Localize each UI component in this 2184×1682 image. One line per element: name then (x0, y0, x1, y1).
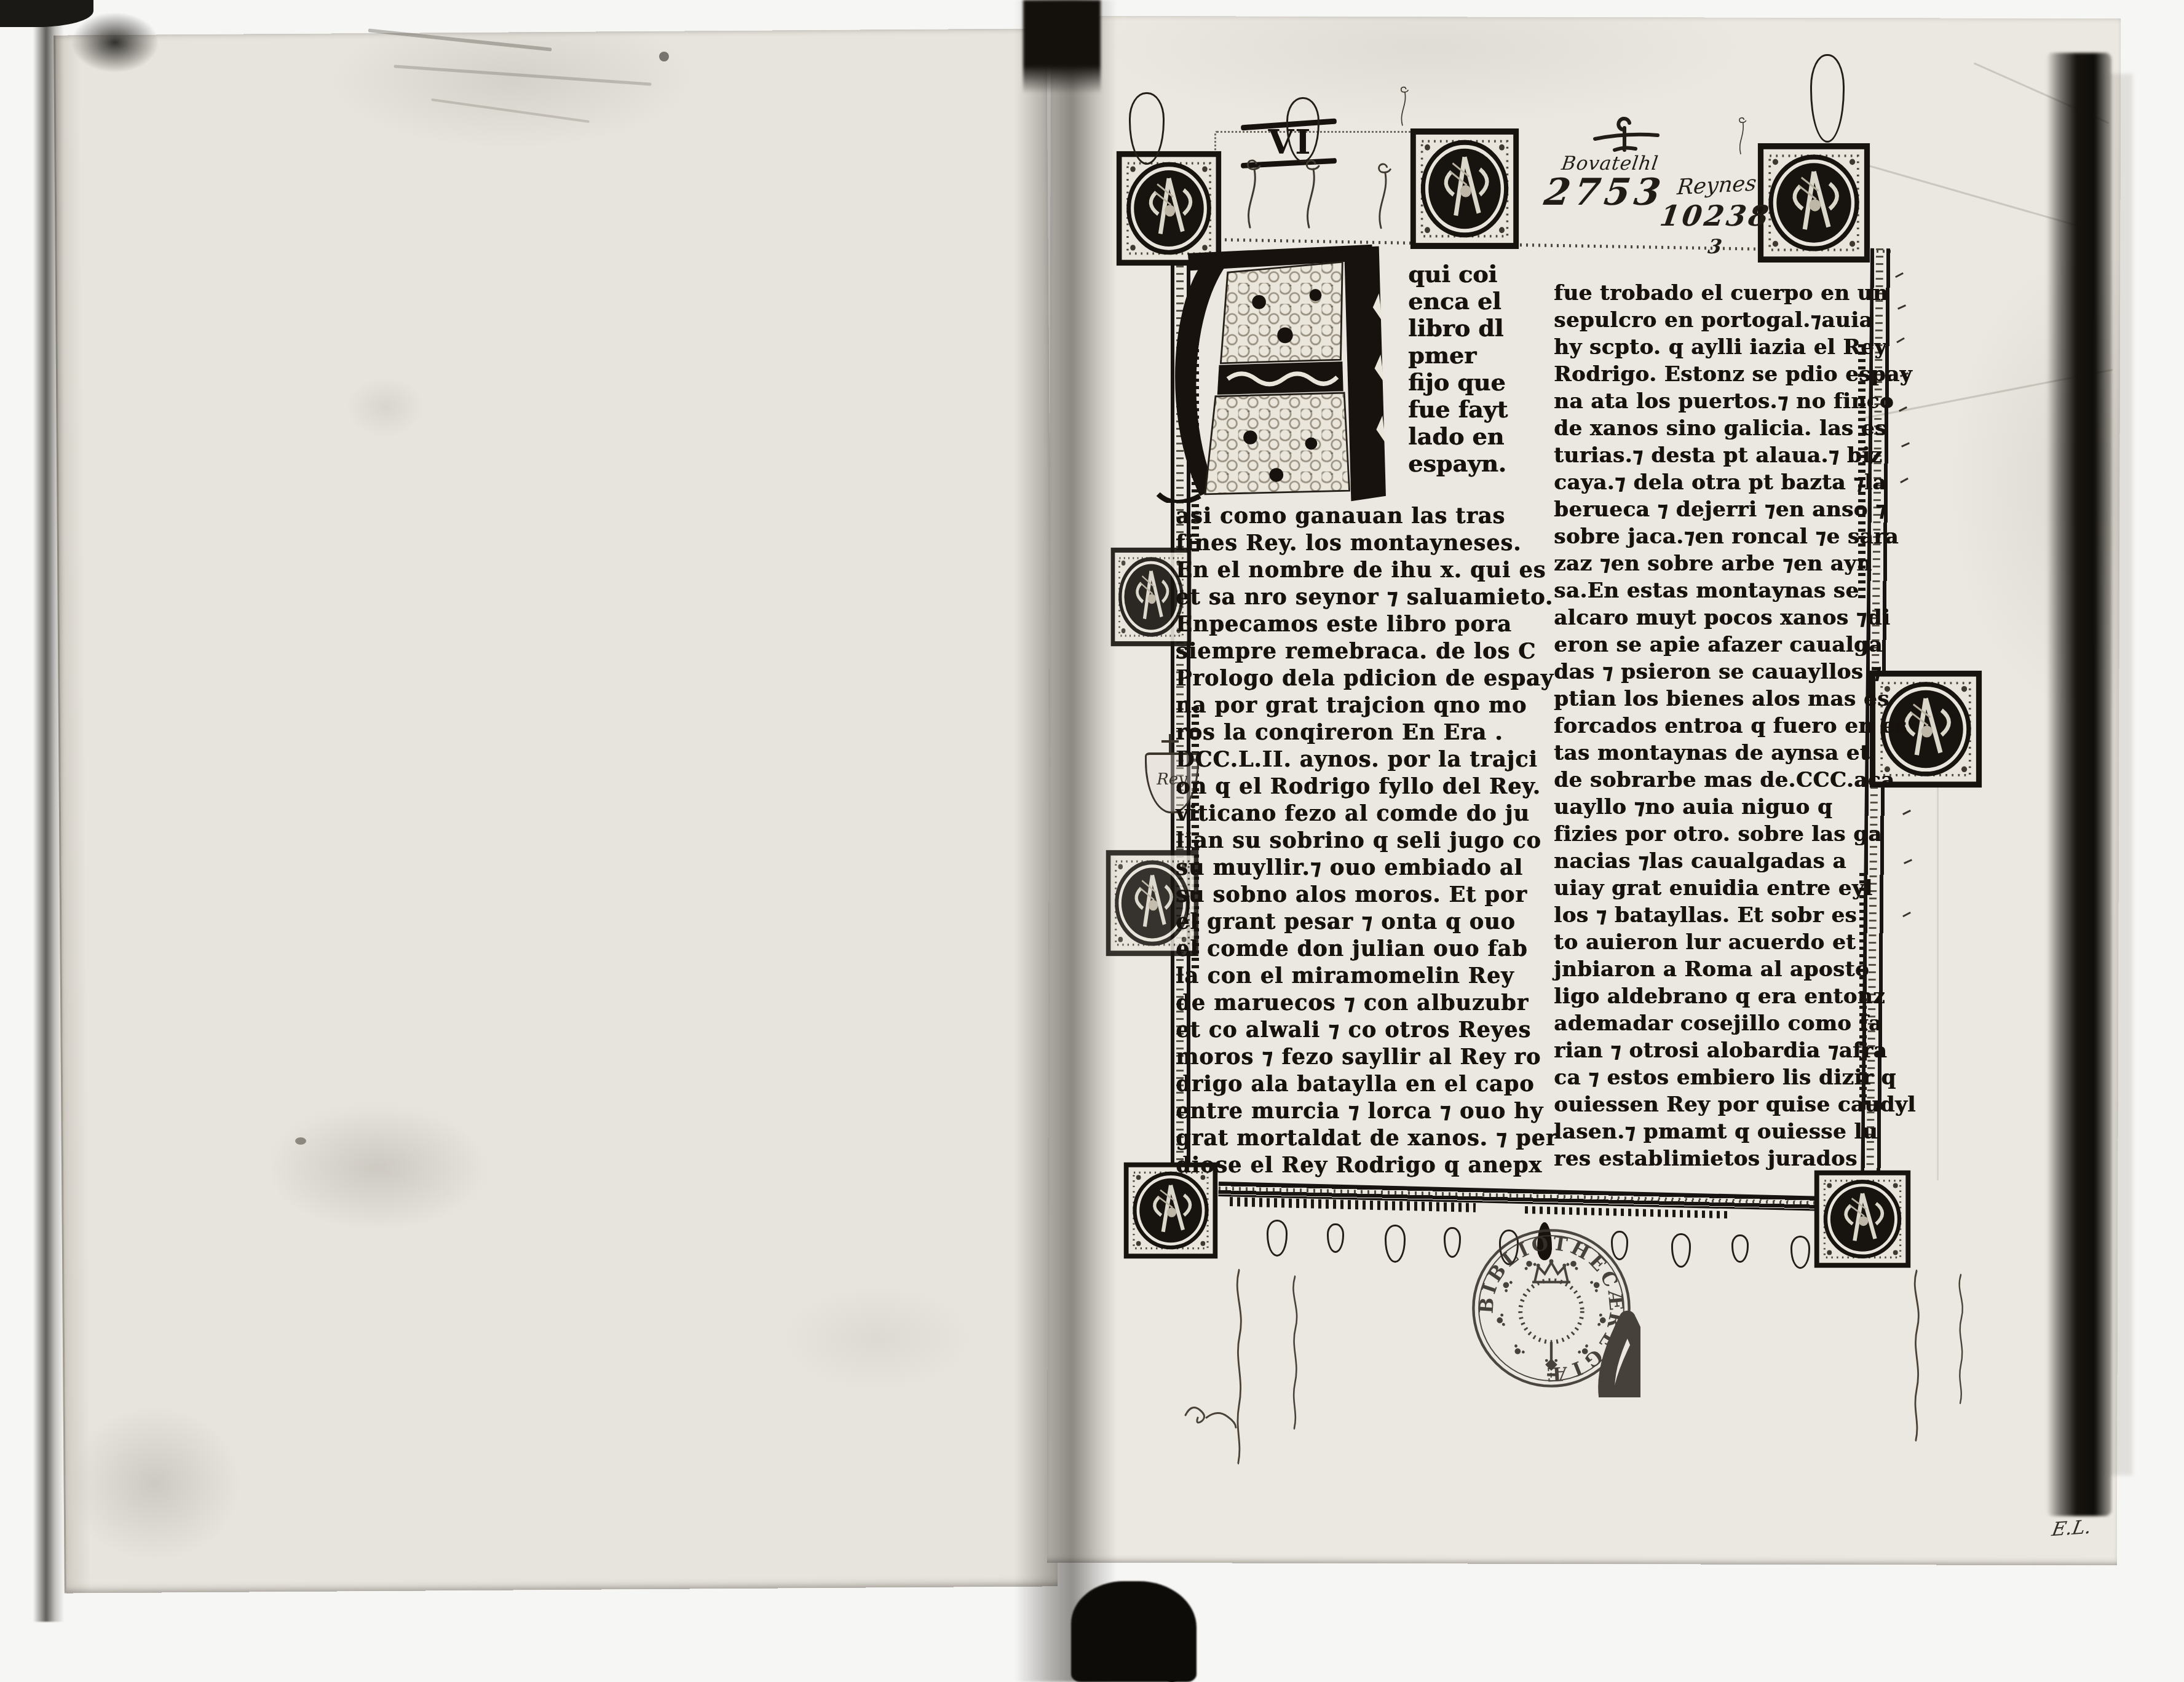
pen-curl (1391, 86, 1415, 132)
pen-flourish (1288, 1273, 1302, 1432)
text-line: En el nombre de ihu x. qui es (1176, 557, 1557, 584)
pen-flourish (1954, 1271, 1968, 1407)
text-line: ouiessen Rey por quise caudyl (1554, 1091, 1916, 1118)
corner-inscription: E.L. (2050, 1516, 2093, 1541)
text-line: el comde don julian ouo fab (1176, 936, 1557, 963)
column1-opening-lines: qui coienca ellibro dlpmerfijo quefue fa… (1408, 261, 1508, 477)
illuminated-initial-A (1155, 241, 1415, 503)
left-page-parchment (53, 28, 1058, 1593)
text-line: el grant pesar ⁊ onta q ouo (1176, 909, 1557, 936)
stamp-top-text: BIBLIOTHECÆ (1476, 1232, 1628, 1314)
text-line: DCC.L.II. aynos. por la trajci (1176, 746, 1557, 773)
text-line: na por grat trajcion qno mo (1176, 692, 1557, 719)
text-line: espayn. (1408, 450, 1508, 477)
text-line: lado en (1408, 423, 1508, 450)
stain (264, 1100, 486, 1230)
pen-flourish (1231, 1265, 1247, 1468)
text-line: to auieron lur acuerdo et (1554, 929, 1916, 956)
text-line: lasen.⁊ pmamt q ouiesse lu (1554, 1118, 1916, 1145)
text-line: ligo aldebrano q era entonz (1554, 983, 1916, 1010)
text-line: fue trobado el cuerpo en un (1554, 280, 1916, 307)
text-line: fines Rey. los montayneses. (1176, 530, 1557, 557)
text-line: Rodrigo. Estonz se pdio espay (1554, 361, 1916, 388)
text-line: sepulcro en portogal.⁊auia (1554, 307, 1916, 334)
text-line: sobre jaca.⁊en roncal ⁊e sara (1554, 523, 1916, 550)
text-line: nacias ⁊las caualgadas a (1554, 848, 1916, 875)
text-line: asi como ganauan las tras (1176, 503, 1557, 530)
text-line: qui coi (1408, 261, 1508, 288)
text-line: jnbiaron a Roma al aposto (1554, 956, 1916, 983)
text-line: uayllo ⁊no auia niguo q (1554, 794, 1916, 821)
text-line: fue fayt (1408, 396, 1508, 423)
old-shelfmark: 2753 (1541, 171, 1668, 214)
text-line: hy scpto. q aylli iazia el Rey (1554, 334, 1916, 361)
text-line: das ⁊ psieron se cauayllos ⁊ (1554, 658, 1916, 685)
text-line: fijo que (1408, 369, 1508, 396)
text-line: grat mortaldat de xanos. ⁊ per (1176, 1125, 1557, 1152)
rosette-medallion-top-right (1757, 143, 1870, 263)
svg-text:BIBLIOTHECÆ: BIBLIOTHECÆ (1476, 1232, 1628, 1314)
text-line: sa.En estas montaynas se (1554, 577, 1916, 604)
text-line: forcados entroa q fuero en es (1554, 713, 1916, 740)
text-line: ademadar cosejillo como fa (1554, 1010, 1916, 1037)
text-line: res establimietos jurados (1554, 1145, 1916, 1172)
text-line: lian su sobrino q seli jugo co (1176, 827, 1557, 855)
text-line: siempre remebraca. de los C (1176, 638, 1557, 665)
text-line: fizies por otro. sobre las ga (1554, 821, 1916, 848)
text-line: la con el miramomelin Rey (1176, 963, 1557, 990)
text-line: tas montaynas de aynsa et (1554, 740, 1916, 767)
text-line: de sobrarbe mas de.CCC.aca (1554, 767, 1916, 794)
text-line: ros la conqireron En Era . (1176, 719, 1557, 746)
stamp-beaded-ring (1521, 1281, 1583, 1343)
text-line: alcaro muyt pocos xanos ⁊di (1554, 604, 1916, 631)
text-line: viticano fezo al comde do ju (1176, 800, 1557, 827)
pen-squiggle (1182, 1397, 1241, 1430)
column2-text: fue trobado el cuerpo en unsepulcro en p… (1554, 280, 1916, 1172)
text-line: caya.⁊ dela otra pt bazta ⁊la (1554, 469, 1916, 496)
text-line: su sobno alos moros. Et por (1176, 882, 1557, 909)
text-line: libro dl (1408, 315, 1508, 342)
text-line: turias.⁊ desta pt alaua.⁊ biz (1554, 442, 1916, 469)
photo-corner-mark (0, 0, 93, 27)
pen-curl (1237, 159, 1265, 239)
text-line: de maruecos ⁊ con albuzubr (1176, 990, 1557, 1017)
text-line: de xanos sino galicia. las es (1554, 415, 1916, 442)
text-line: berueca ⁊ dejerri ⁊en anso ⁊ (1554, 496, 1916, 523)
manuscript-photo-page: { "document": { "kind": "medieval-manusc… (0, 0, 2184, 1682)
paraph-mark (1590, 117, 1663, 157)
text-line: zaz ⁊en sobre arbe ⁊en ayn (1554, 550, 1916, 577)
text-line: ca ⁊ estos embiero lis dizir q (1554, 1064, 1916, 1091)
gutter-bottom-spot (1160, 1659, 1184, 1682)
text-line: Prologo dela pdicion de espay (1176, 665, 1557, 692)
pen-curl (1368, 162, 1396, 239)
text-line: ptian los bienes alos mas es (1554, 685, 1916, 713)
pen-flourish (1909, 1266, 1925, 1445)
text-line: pmer (1408, 342, 1508, 369)
text-line: entre murcia ⁊ lorca ⁊ ouo hy (1176, 1098, 1557, 1125)
column1-text: asi como ganauan las trasfines Rey. los … (1176, 503, 1557, 1179)
text-line: eron se apie afazer caualga (1554, 631, 1916, 658)
text-line: su muyllir.⁊ ouo embiado al (1176, 855, 1557, 882)
text-line: et co alwali ⁊ co otros Reyes (1176, 1017, 1557, 1044)
text-line: diose el Rey Rodrigo q anepx (1176, 1152, 1557, 1179)
text-line: moros ⁊ fezo sayllir al Rey ro (1176, 1044, 1557, 1071)
text-line: on q el Rodrigo fyllo del Rey. (1176, 773, 1557, 800)
text-line: et sa nro seynor ⁊ saluamieto. (1176, 584, 1557, 611)
new-shelfmark: 10238 (1658, 199, 1773, 232)
text-line: rian ⁊ otrosi alobardia ⁊afra (1554, 1037, 1916, 1064)
bibliotheca-regia-stamp: BIBLIOTHECÆ REGIÆ (1462, 1219, 1640, 1397)
rosette-medallion-top-middle (1410, 128, 1519, 250)
rosette-medallion-bottom-right (1814, 1170, 1911, 1268)
gutter-bottom-shadow (1071, 1581, 1197, 1682)
text-line: drigo ala bataylla en el capo (1176, 1071, 1557, 1098)
handwritten-word-reynes: Reynes (1676, 172, 1757, 200)
pen-curl (1729, 117, 1754, 160)
text-line: uiay grat enuidia entre eyl (1554, 875, 1916, 902)
text-line: Enpecamos este libro pora (1176, 611, 1557, 638)
pen-curl (1296, 159, 1324, 239)
text-line: enca el (1408, 288, 1508, 315)
text-line: na ata los puertos.⁊ no finco (1554, 388, 1916, 415)
text-line: los ⁊ batayllas. Et sobr es (1554, 902, 1916, 929)
